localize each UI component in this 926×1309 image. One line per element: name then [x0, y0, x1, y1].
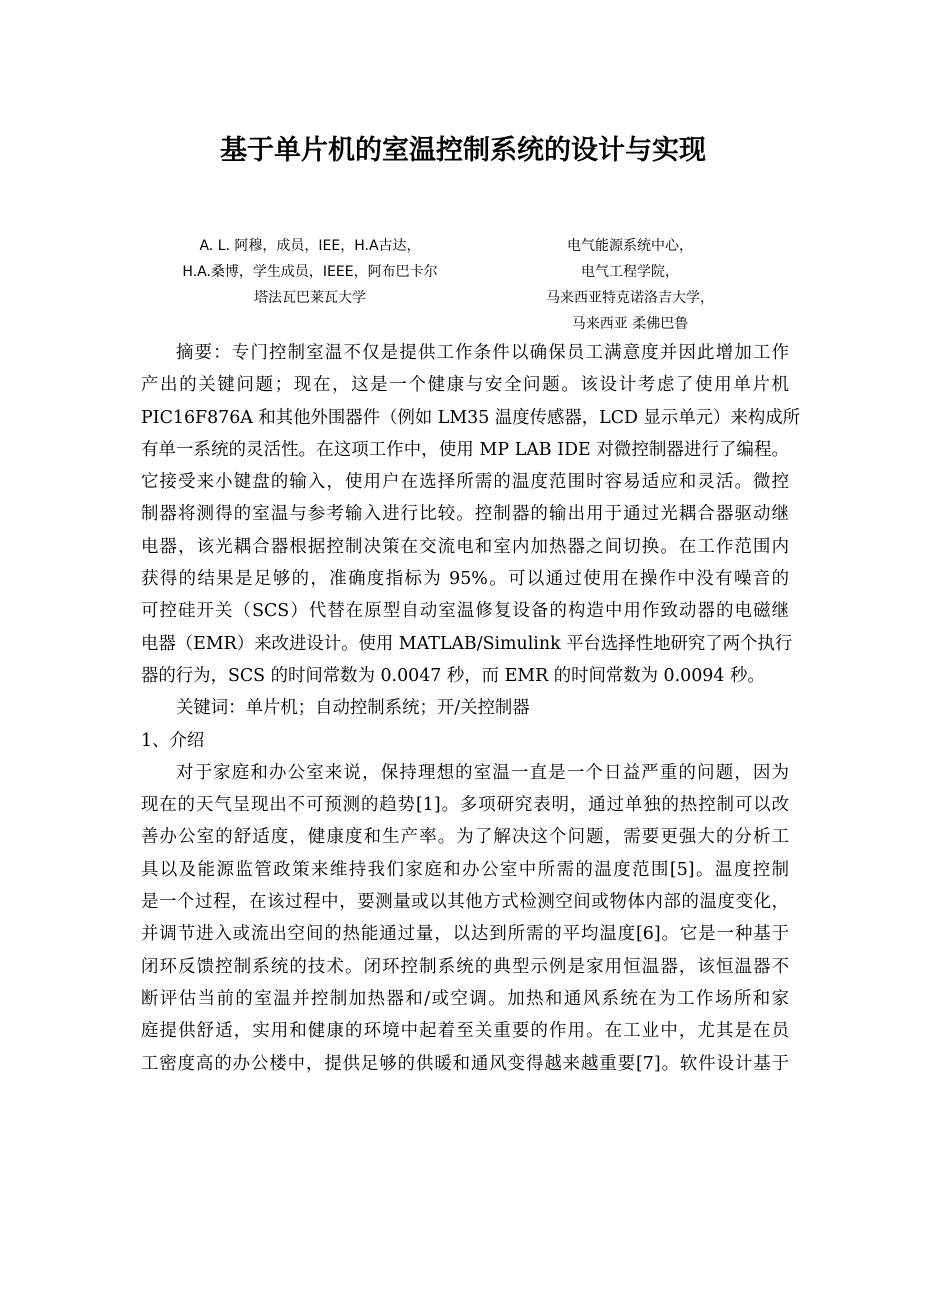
- affiliation-block: 电气能源系统中心， 电气工程学院， 马来西亚特克诺洛吉大学， 马来西亚 柔佛巴鲁: [480, 233, 780, 337]
- paragraph-line: 对于家庭和办公室来说，保持理想的室温一直是一个日益严重的问题，因为: [141, 757, 789, 789]
- abstract-line: 器的行为，SCS 的时间常数为 0.0047 秒，而 EMR 的时间常数为 0.…: [141, 660, 789, 692]
- abstract-line: 它接受来小键盘的输入，使用户在选择所需的温度范围时容易适应和灵活。微控: [141, 466, 789, 498]
- paragraph-line: 闭环反馈控制系统的技术。闭环控制系统的典型示例是家用恒温器，该恒温器不: [141, 951, 789, 983]
- abstract-line: 产出的关键问题；现在，这是一个健康与安全问题。该设计考虑了使用单片机: [141, 369, 789, 401]
- section-heading: 1、介绍: [141, 725, 789, 757]
- paragraph-line: 断评估当前的室温并控制加热器和/或空调。加热和通风系统在为工作场所和家: [141, 983, 789, 1015]
- author-block: A. L. 阿穆，成员，IEE，H.A古达， H.A.桑博，学生成员，IEEE，…: [140, 233, 480, 311]
- paragraph-line: 庭提供舒适，实用和健康的环境中起着至关重要的作用。在工业中，尤其是在员: [141, 1015, 789, 1047]
- abstract-line: 可控硅开关（SCS）代替在原型自动室温修复设备的构造中用作致动器的电磁继: [141, 595, 789, 627]
- author-line: H.A.桑博，学生成员，IEEE，阿布巴卡尔: [140, 259, 480, 285]
- paragraph-line: 善办公室的舒适度，健康度和生产率。为了解决这个问题，需要更强大的分析工: [141, 821, 789, 853]
- paragraph-line: 具以及能源监管政策来维持我们家庭和办公室中所需的温度范围[5]。温度控制: [141, 854, 789, 886]
- affiliation-line: 马来西亚特克诺洛吉大学，: [480, 285, 780, 311]
- abstract-line: 有单一系统的灵活性。在这项工作中，使用 MP LAB IDE 对微控制器进行了编…: [141, 434, 789, 466]
- paragraph-line: 现在的天气呈现出不可预测的趋势[1]。多项研究表明，通过单独的热控制可以改: [141, 789, 789, 821]
- body-text: 摘要：专门控制室温不仅是提供工作条件以确保员工满意度并因此增加工作 产出的关键问…: [141, 337, 789, 1080]
- abstract-line: 获得的结果是足够的，准确度指标为 95%。可以通过使用在操作中没有噪音的: [141, 563, 789, 595]
- affiliation-line: 电气能源系统中心，: [480, 233, 780, 259]
- abstract-line: 电器，该光耦合器根据控制决策在交流电和室内加热器之间切换。在工作范围内: [141, 531, 789, 563]
- paragraph-line: 是一个过程，在该过程中，要测量或以其他方式检测空间或物体内部的温度变化，: [141, 886, 789, 918]
- paragraph-line: 并调节进入或流出空间的热能通过量，以达到所需的平均温度[6]。它是一种基于: [141, 918, 789, 950]
- author-line: A. L. 阿穆，成员，IEE，H.A古达，: [140, 233, 480, 259]
- affiliation-line: 马来西亚 柔佛巴鲁: [480, 311, 780, 337]
- abstract-line: 电器（EMR）来改进设计。使用 MATLAB/Simulink 平台选择性地研究…: [141, 628, 789, 660]
- section-introduction: 对于家庭和办公室来说，保持理想的室温一直是一个日益严重的问题，因为 现在的天气呈…: [141, 757, 789, 1080]
- abstract-line: PIC16F876A 和其他外围器件（例如 LM35 温度传感器，LCD 显示单…: [141, 402, 789, 434]
- keywords: 关键词：单片机；自动控制系统；开/关控制器: [141, 692, 789, 724]
- paper-title: 基于单片机的室温控制系统的设计与实现: [0, 133, 926, 169]
- abstract-line: 摘要：专门控制室温不仅是提供工作条件以确保员工满意度并因此增加工作: [141, 337, 789, 369]
- abstract-line: 制器将测得的室温与参考输入进行比较。控制器的输出用于通过光耦合器驱动继: [141, 498, 789, 530]
- abstract: 摘要：专门控制室温不仅是提供工作条件以确保员工满意度并因此增加工作 产出的关键问…: [141, 337, 789, 692]
- affiliation-line: 电气工程学院，: [480, 259, 780, 285]
- author-line: 塔法瓦巴莱瓦大学: [140, 285, 480, 311]
- paragraph-line: 工密度高的办公楼中，提供足够的供暖和通风变得越来越重要[7]。软件设计基于: [141, 1048, 789, 1080]
